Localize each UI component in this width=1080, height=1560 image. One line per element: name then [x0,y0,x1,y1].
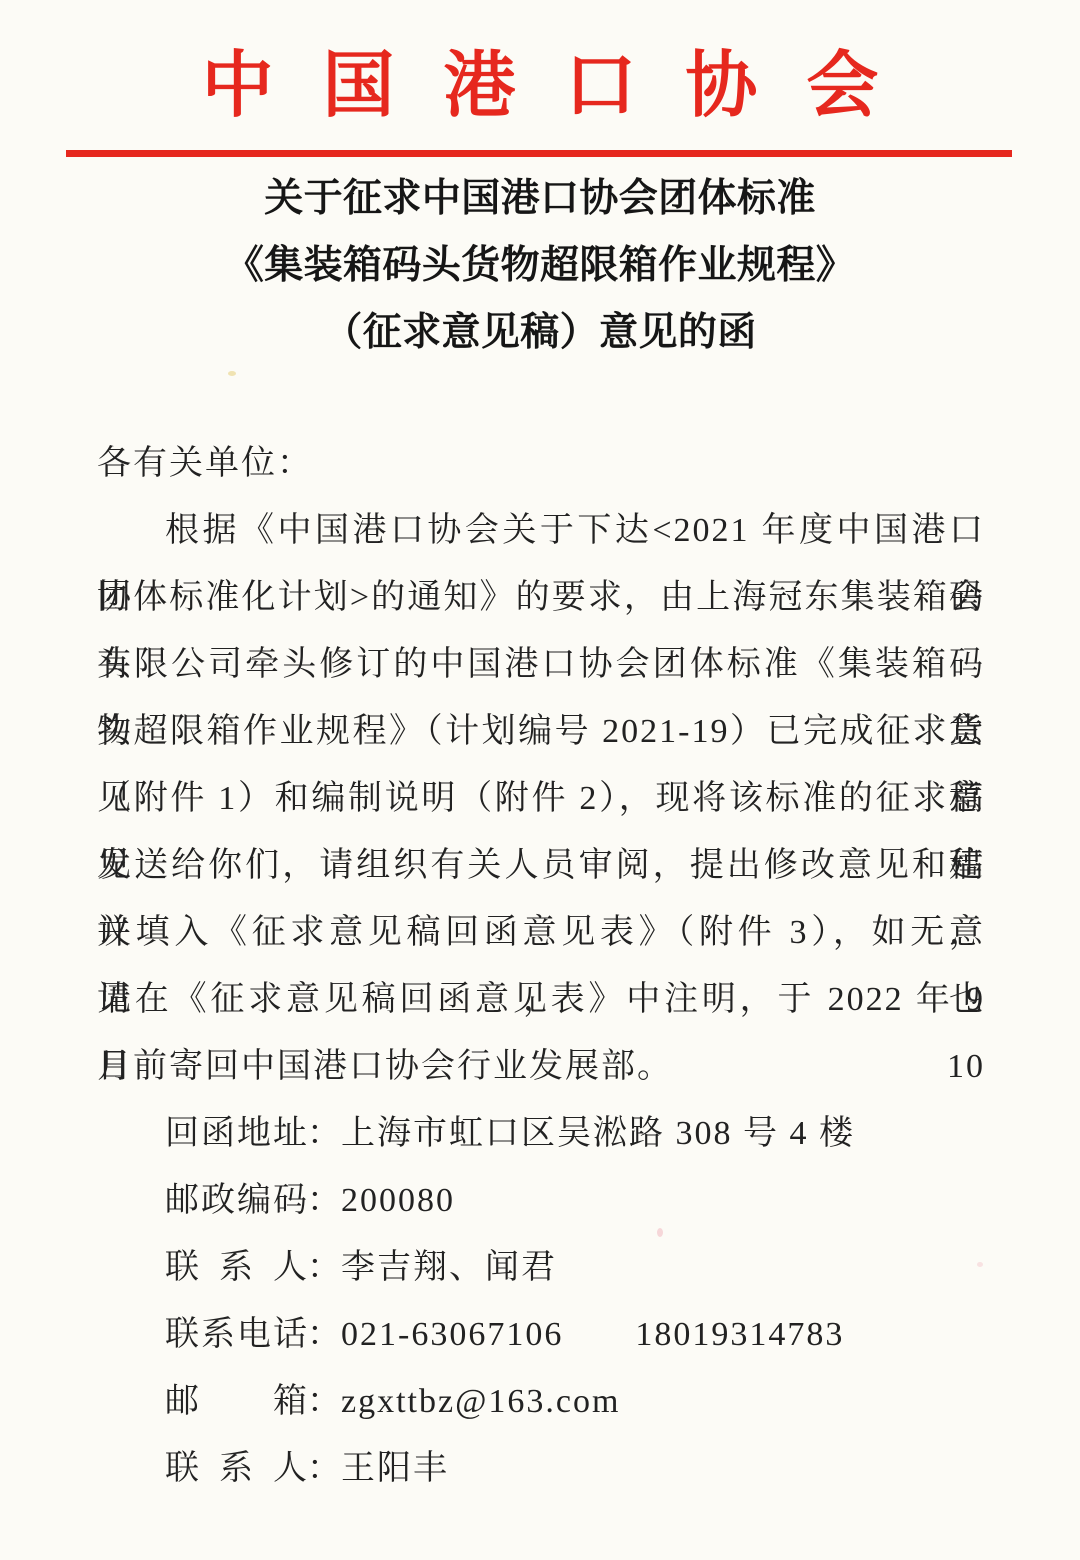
contact-row-contact-person-2: 联 系 人：王阳丰 [97,1435,985,1502]
contact-colon: ： [307,1316,341,1353]
contact-colon: ： [307,1249,341,1286]
contact-row-phone: 联系电话：021-63067106 18019314783 [97,1301,985,1368]
title-line-3: （征求意见稿）意见的函 [0,299,1080,366]
contact-label: 邮 箱 [165,1368,307,1435]
contact-label: 邮政编码 [165,1167,307,1234]
title-line-2: 《集装箱码头货物超限箱作业规程》 [0,232,1080,299]
letterhead-org-title: 中国港口协会 [0,0,1080,122]
contact-value: 200080 [341,1182,455,1219]
paragraph-line: 有限公司牵头修订的中国港口协会团体标准《集装箱码头货 [97,631,985,698]
paragraph-line: 团体标准化计划>的通知》的要求，由上海冠东集装箱码头 [97,564,985,631]
contact-label: 联系电话 [165,1301,307,1368]
letter-body: 各有关单位： 根据《中国港口协会关于下达<2021 年度中国港口协会 团体标准化… [97,430,985,1502]
contact-value: 王阳丰 [341,1450,449,1487]
contact-row-contact-person-1: 联 系 人：李吉翔、闻君 [97,1234,985,1301]
paragraph-line: 发送给你们，请组织有关人员审阅，提出修改意见和建议， [97,832,985,899]
contact-value: 上海市虹口区吴淞路 308 号 4 楼 [341,1115,855,1152]
contact-label: 回函地址 [165,1100,307,1167]
salutation: 各有关单位： [97,430,985,497]
contact-colon: ： [307,1115,341,1152]
letterhead-divider-rule [66,150,1012,157]
contact-colon: ： [307,1383,341,1420]
scanned-letter-page: 中国港口协会 关于征求中国港口协会团体标准 《集装箱码头货物超限箱作业规程》 （… [0,0,1080,1560]
contact-label: 联 系 人 [165,1435,307,1502]
contact-row-return-address: 回函地址：上海市虹口区吴淞路 308 号 4 楼 [97,1100,985,1167]
contact-row-postal-code: 邮政编码：200080 [97,1167,985,1234]
contact-row-email: 邮 箱：zgxttbz@163.com [97,1368,985,1435]
paragraph-line: 物超限箱作业规程》（计划编号 2021-19）已完成征求意见稿 [97,698,985,765]
paragraph-line: 并填入《征求意见稿回函意见表》（附件 3），如无意见，也 [97,899,985,966]
title-line-1: 关于征求中国港口协会团体标准 [0,165,1080,232]
paragraph-line: 根据《中国港口协会关于下达<2021 年度中国港口协会 [97,497,985,564]
paragraph-line: 请在《征求意见稿回函意见表》中注明，于 2022 年 9 月 10 [97,966,985,1033]
contact-value: 021-63067106 18019314783 [341,1316,844,1353]
paragraph-line: （附件 1）和编制说明（附件 2），现将该标准的征求意见稿 [97,765,985,832]
contact-label: 联 系 人 [165,1234,307,1301]
scan-speck [228,371,236,376]
contact-value: 李吉翔、闻君 [341,1249,557,1286]
contact-colon: ： [307,1450,341,1487]
document-title: 关于征求中国港口协会团体标准 《集装箱码头货物超限箱作业规程》 （征求意见稿）意… [0,165,1080,366]
contact-value: zgxttbz@163.com [341,1383,620,1420]
contact-colon: ： [307,1182,341,1219]
